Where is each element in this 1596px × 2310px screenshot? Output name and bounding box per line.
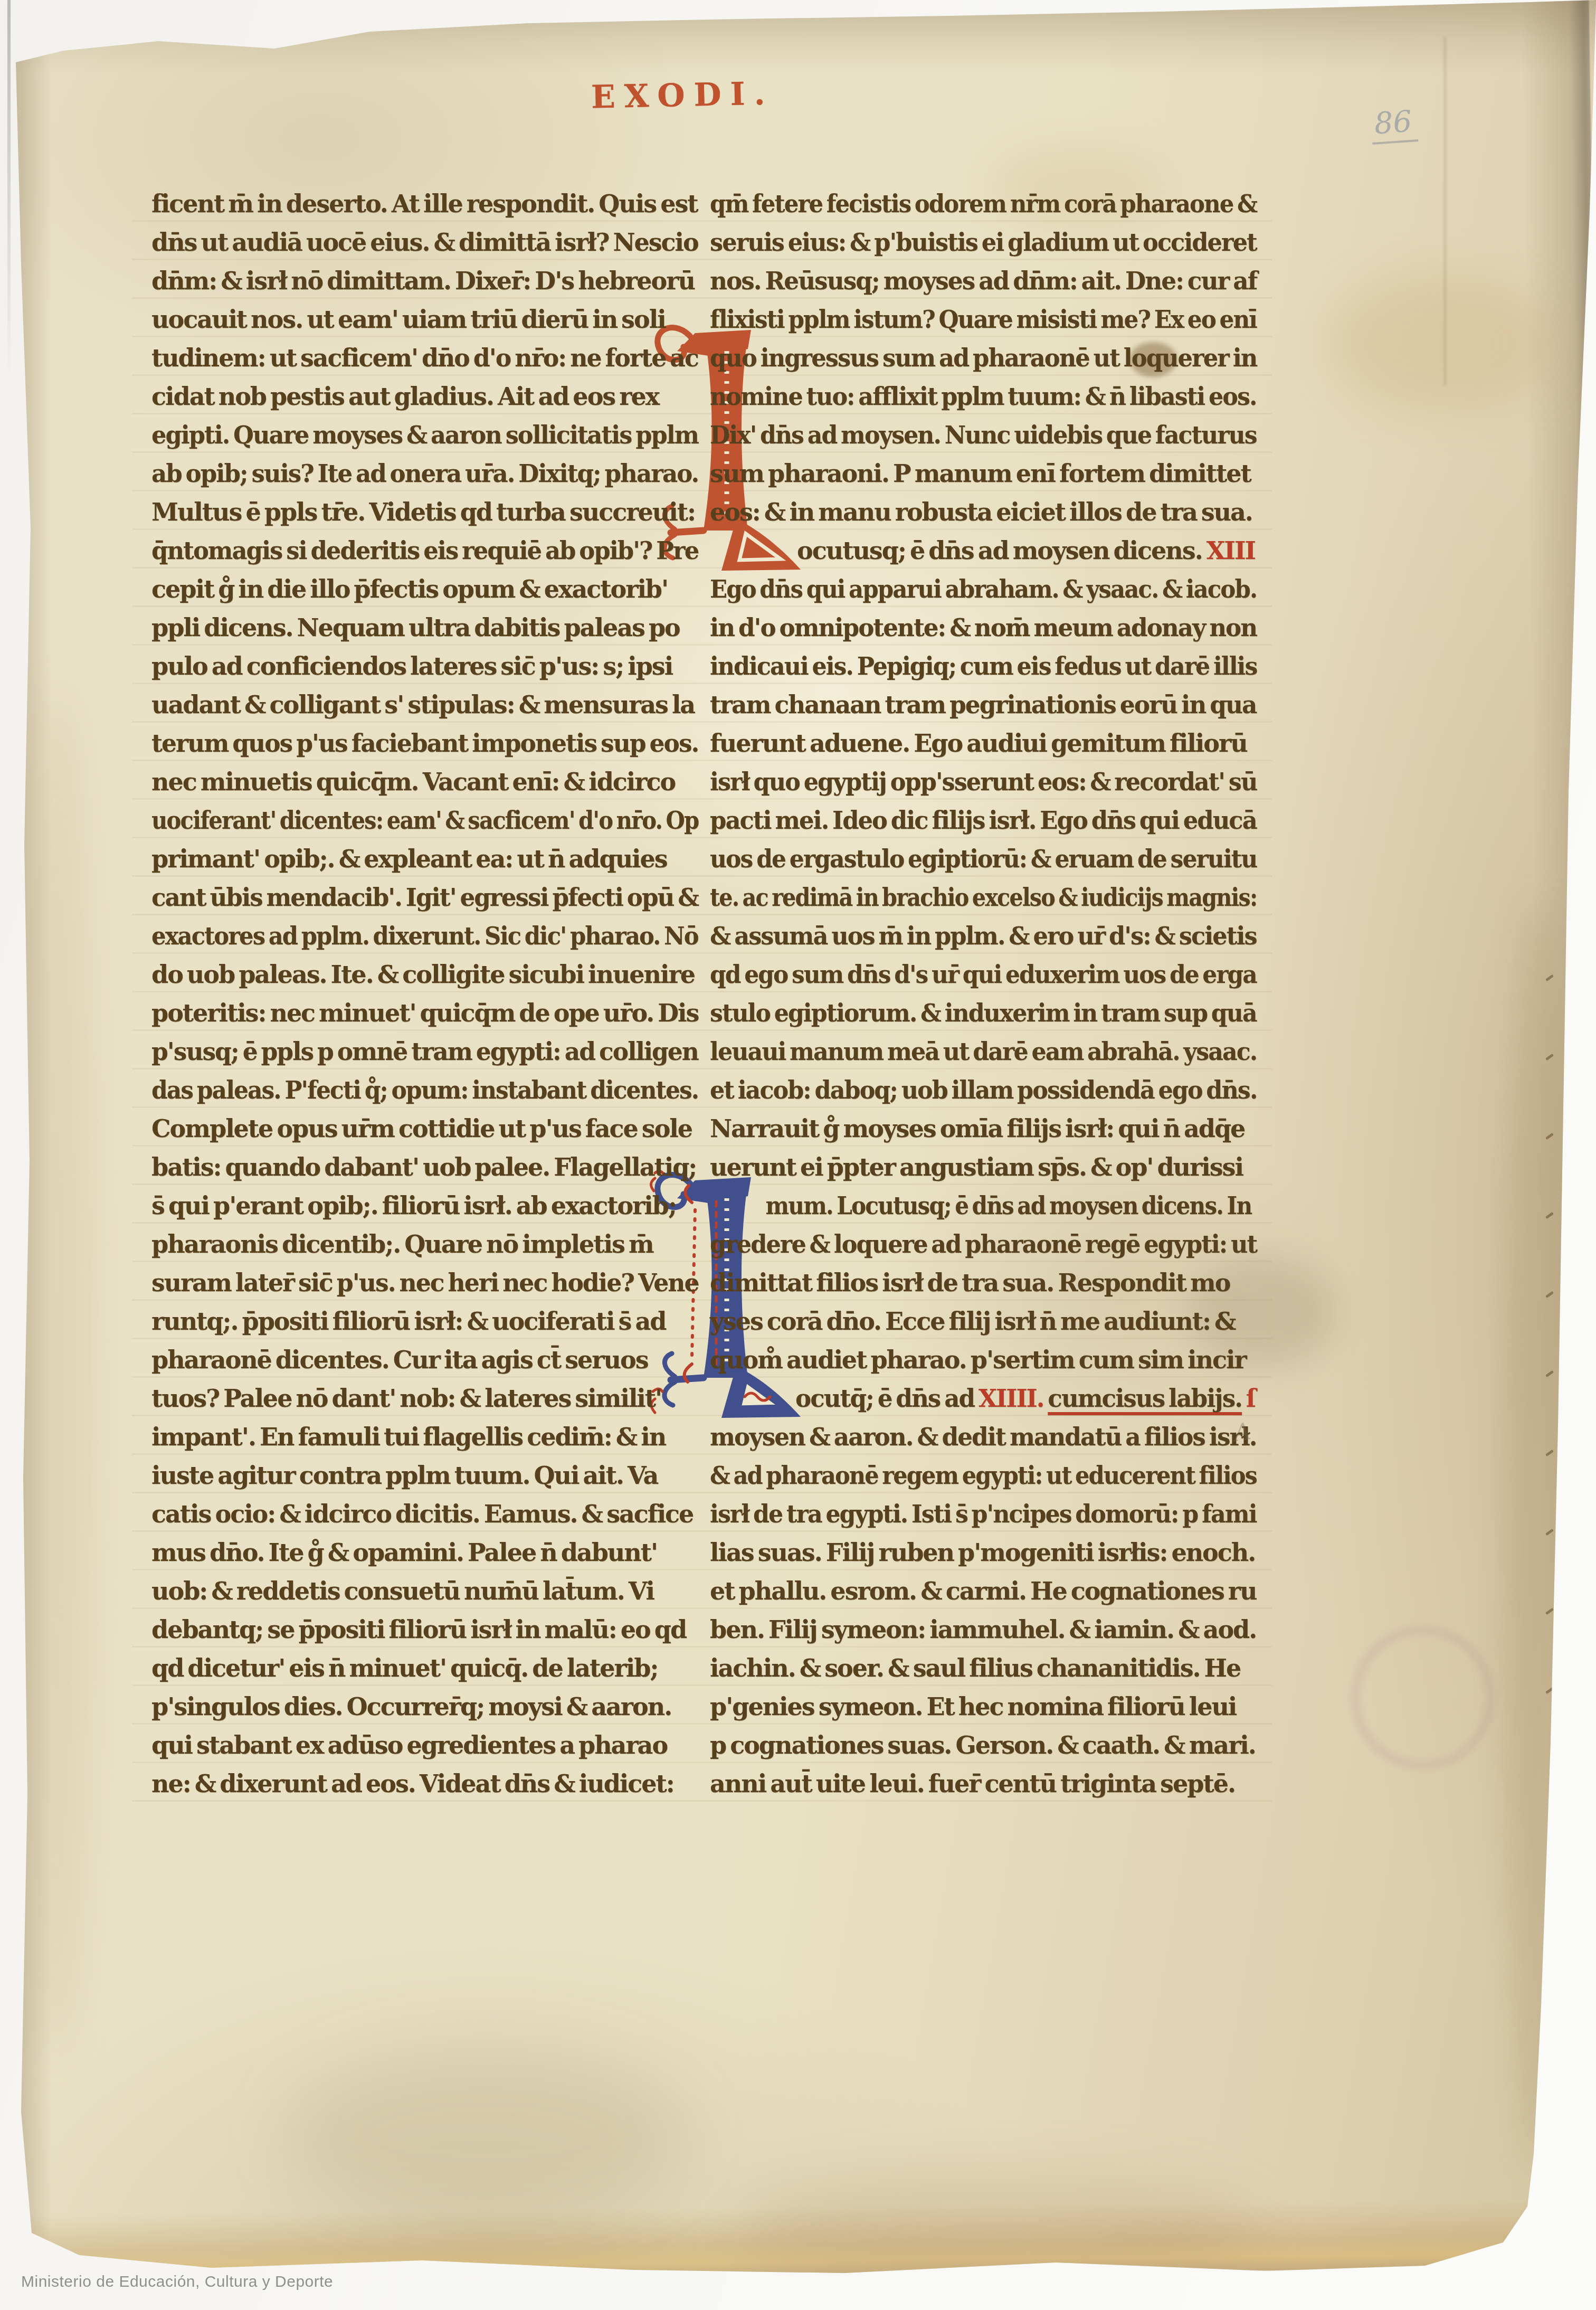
text-line: p'susq; ē ppls p omnē tram egypti: ad co… — [151, 1033, 692, 1071]
text-line: ben. Filij symeon: iammuhel. & iamin. & … — [710, 1611, 1257, 1649]
text-line: ficent m̄ in deserto. At ille respondit.… — [151, 185, 698, 223]
text-line: sum pharaoni. P manum enī fortem dimitte… — [710, 455, 1257, 493]
text-line: qd dicetur' eis n̄ minuet' quicq̄. de la… — [151, 1649, 698, 1688]
pricking-mark — [1545, 974, 1554, 981]
text-line: isrł de tra egypti. Isti s̄ p'ncipes dom… — [710, 1495, 1236, 1533]
text-line: Complete opus ur̄m cottidie ut p'us face… — [151, 1110, 698, 1148]
text-line: tram chanaan tram pegrinationis eorū in … — [710, 686, 1250, 724]
text-line: qm̄ fetere fecistis odorem nr̄m corā pha… — [710, 185, 1226, 223]
text-line: ppli dicens. Nequam ultra dabitis paleas… — [151, 609, 698, 647]
stain — [1351, 1626, 1495, 1769]
text-line: qd ego sum dn̄s d's ur̄ qui eduxerim uos… — [710, 955, 1231, 994]
text-line: seruis eius: & p'buistis ei gladium ut o… — [710, 223, 1240, 262]
chapter-numeral-rubric: XIII — [1206, 536, 1255, 565]
pricking-mark — [1545, 1529, 1554, 1536]
text-line: quo ingressus sum ad pharaonē ut loquere… — [710, 339, 1242, 377]
text-line: Multus ē ppls tr̄e. Videtis qd turba suc… — [151, 493, 698, 532]
text-line: uadant & colligant s' stipulas: & mensur… — [151, 686, 698, 724]
text-column-left: ficent m̄ in deserto. At ille respondit.… — [151, 185, 698, 1803]
text-line: egipti. Quare moyses & aaron sollicitati… — [151, 416, 682, 455]
text-line: nomine tuo: afflixit pplm tuum: & n̄ lib… — [710, 377, 1238, 416]
text-segment: ocutusq; ē dn̄s ad moysen dicens. — [797, 536, 1206, 565]
text-line: & ad pharaonē regem egypti: ut educerent… — [710, 1456, 1222, 1495]
text-line: uerunt ei p̄pter angustiam sp̄s. & op' d… — [710, 1148, 1257, 1187]
text-line: poteritis: nec minuet' quicq̄m de ope ur… — [151, 994, 698, 1033]
text-line: Ego dn̄s qui apparui abraham. & ysaac. &… — [710, 570, 1226, 609]
pricking-mark — [1545, 1608, 1554, 1615]
margin-note-pencil: A — [1232, 1418, 1253, 1447]
text-line: primant' opib;. & expleant ea: ut n̄ adq… — [151, 840, 698, 878]
text-line: p'genies symeon. Et hec nomina filiorū l… — [710, 1688, 1257, 1726]
pricking-mark — [1545, 1212, 1554, 1219]
text-segment: mum. Locutusq; ē dn̄s ad moysen dicens. … — [765, 1191, 1251, 1220]
text-line: s̄ qui p'erant opib;. filiorū isrł. ab e… — [151, 1187, 698, 1225]
text-line: uob: & reddetis consuetū num̄ū lat̄um. V… — [151, 1572, 698, 1611]
text-line: q̄ntomagis si dederitis eis requiē ab op… — [151, 532, 685, 570]
text-line: iuste agitur contra pplm tuum. Qui ait. … — [151, 1456, 698, 1495]
text-segment: cumcisus labijs. — [1048, 1384, 1242, 1413]
stain — [1504, 897, 1573, 2164]
text-line: p cognationes suas. Gerson. & caath. & m… — [710, 1726, 1257, 1765]
text-line: ne: & dixerunt ad eos. Videat dn̄s & iud… — [151, 1765, 698, 1803]
text-line: tudinem: ut sacficem' dn̄o d'o nr̄o: ne … — [151, 339, 696, 377]
text-line: dn̄m: & isrł nō dimittam. Dixer̄: D's he… — [151, 262, 698, 300]
text-line: exactores ad pplm. dixerunt. Sic dic' ph… — [151, 917, 666, 955]
text-column-right: qm̄ fetere fecistis odorem nr̄m corā pha… — [710, 185, 1257, 1803]
stain — [285, 2048, 686, 2217]
text-line: fuerunt aduene. Ego audiui gemitum filio… — [710, 724, 1257, 763]
parchment-edge-right — [1520, 0, 1596, 2250]
text-line: & assumā uos m̄ in pplm. & ero ur̄ d's: … — [710, 917, 1241, 955]
text-line: pharaonē dicentes. Cur ita agis ct̄ seru… — [151, 1341, 698, 1379]
text-line: runtq;. p̄positi filiorū isrł: & uocifer… — [151, 1302, 698, 1341]
text-line: qui stabant ex adūso egredientes a phara… — [151, 1726, 698, 1765]
text-line: cant ūbis mendacib'. Igit' egressi p̄fec… — [151, 878, 688, 917]
stain — [21, 686, 90, 2059]
text-line: uociferant' dicentes: eam' & sacficem' d… — [151, 801, 648, 840]
text-line: uocauit nos. ut eam' uiam triū dierū in … — [151, 300, 698, 339]
text-line: indicaui eis. Pepigiq; cum eis fedus ut … — [710, 647, 1236, 686]
text-line: Dix' dn̄s ad moysen. Nunc uidebis que fa… — [710, 416, 1235, 455]
pricking-mark — [1545, 1133, 1554, 1140]
text-line: nos. Reūsusq; moyses ad dn̄m: ait. Dne: … — [710, 262, 1249, 300]
text-line: uos de ergastulo egiptiorū: & eruam de s… — [710, 840, 1233, 878]
text-line: mus dn̄o. Ite g̊ & opamini. Palee n̄ dab… — [151, 1533, 698, 1572]
text-line: das paleas. P'fecti q̊; opum: instabant … — [151, 1071, 673, 1110]
text-line: eos: & in manu robusta eiciet illos de t… — [710, 493, 1257, 532]
text-line: quom̊ audiet pharao. p'sertim cum sim in… — [710, 1341, 1257, 1379]
text-line: terum quos p'us faciebant imponetis sup … — [151, 724, 692, 763]
text-line: debantq; se p̄positi filiorū isrł in mal… — [151, 1611, 698, 1649]
text-line: et iacob: daboq; uob illam possidendā eg… — [710, 1071, 1238, 1110]
pricking-mark — [1545, 1054, 1554, 1061]
text-line: dimittat filios isrł de tra sua. Respond… — [710, 1264, 1257, 1302]
parchment-sheet: EXODI. 86 ficent m̄ — [0, 0, 1596, 2310]
pricking-mark — [1545, 1291, 1554, 1298]
text-line: mum. Locutusq; ē dn̄s ad moysen dicens. … — [710, 1187, 1211, 1225]
text-line: cidat nob pestis aut gladius. Ait ad eos… — [151, 377, 698, 416]
chapter-numeral-rubric: XIIII. — [978, 1384, 1048, 1413]
text-line: do uob paleas. Ite. & colligite sicubi i… — [151, 955, 698, 994]
text-line: te. ac redimā in brachio excelso & iudic… — [710, 878, 1201, 917]
text-line: pulo ad conficiendos lateres sic̄ p'us: … — [151, 647, 698, 686]
manuscript-scan: EXODI. 86 ficent m̄ — [0, 0, 1596, 2310]
text-line: et phallu. esrom. & carmi. He cognatione… — [710, 1572, 1257, 1611]
text-line: cepit g̊ in die illo p̄fectis opum & exa… — [151, 570, 698, 609]
text-line: pacti mei. Ideo dic filijs isrł. Ego dn̄… — [710, 801, 1243, 840]
text-line: ab opib; suis? Ite ad onera ur̄a. Dixitq… — [151, 455, 687, 493]
chapter-numeral-rubric: ſ — [1242, 1384, 1255, 1413]
stain — [1330, 274, 1552, 412]
text-line: tuos? Palee nō dant' nob: & lateres simi… — [151, 1379, 698, 1418]
text-line: anni aut̄ uite leui. fuer̄ centū trigint… — [710, 1765, 1257, 1803]
footer-credit: Ministerio de Educación, Cultura y Depor… — [21, 2273, 333, 2291]
text-line: iachin. & soer. & saul filius chananitid… — [710, 1649, 1257, 1688]
pricking-mark — [1545, 1450, 1554, 1456]
text-line: leuaui manum meā ut darē eam abrahā. ysa… — [710, 1033, 1236, 1071]
text-line: gredere & loquere ad pharaonē regē egypt… — [710, 1225, 1240, 1264]
text-line: nec minuetis quicq̄m. Vacant enī: & idci… — [151, 763, 698, 801]
text-line: isrł quo egyptij opp'sserunt eos: & reco… — [710, 763, 1239, 801]
text-line: pharaonis dicentib;. Quare nō impletis m… — [151, 1225, 698, 1264]
pricking-mark — [1545, 1687, 1554, 1694]
parchment-edge-top — [0, 0, 1596, 74]
text-line: suram later̄ sic̄ p'us. nec heri nec hod… — [151, 1264, 694, 1302]
pricking-mark — [1545, 1370, 1554, 1377]
text-line: in d'o omnipotente: & nom̄ meum adonay n… — [710, 609, 1247, 647]
parchment-edge-left — [15, 0, 52, 2270]
text-line: yses corā dn̄o. Ecce filij isrł n̄ me au… — [710, 1302, 1257, 1341]
text-line: flixisti pplm istum? Quare misisti me? E… — [710, 300, 1229, 339]
text-line: catis ocio: & idcirco dicitis. Eamus. & … — [151, 1495, 698, 1533]
text-line: lias suas. Filij ruben p'mogeniti isrłis… — [710, 1533, 1257, 1572]
text-line: p'singulos dies. Occurrer̄q; moysi & aar… — [151, 1688, 698, 1726]
scan-seam — [7, 0, 11, 380]
parchment-crease — [1444, 37, 1446, 385]
text-line: stulo egiptiorum. & induxerim in tram su… — [710, 994, 1235, 1033]
text-line: ocutusq; ē dn̄s ad moysen dicens. XIII — [710, 532, 1257, 570]
text-line: Narrauit g̊ moyses omīa filijs isrł: qui… — [710, 1110, 1257, 1148]
parchment-deckle-edge — [21, 2199, 1541, 2283]
text-line: ocutq̄; ē dn̄s ad XIIII. cumcisus labijs… — [710, 1379, 1247, 1418]
text-line: dn̄s ut audiā uocē eius. & dimittā isrł?… — [151, 223, 698, 262]
text-line: batis: quando dabant' uob palee. Flagell… — [151, 1148, 698, 1187]
text-line: moysen & aaron. & dedit mandatū a filios… — [710, 1418, 1249, 1456]
folio-number-pencil: 86 — [1370, 104, 1419, 145]
text-segment: ocutq̄; ē dn̄s ad — [795, 1384, 978, 1413]
running-title: EXODI. — [591, 75, 774, 116]
stain — [739, 2175, 1256, 2286]
text-line: impant'. En famuli tui flagellis cedim̄:… — [151, 1418, 698, 1456]
